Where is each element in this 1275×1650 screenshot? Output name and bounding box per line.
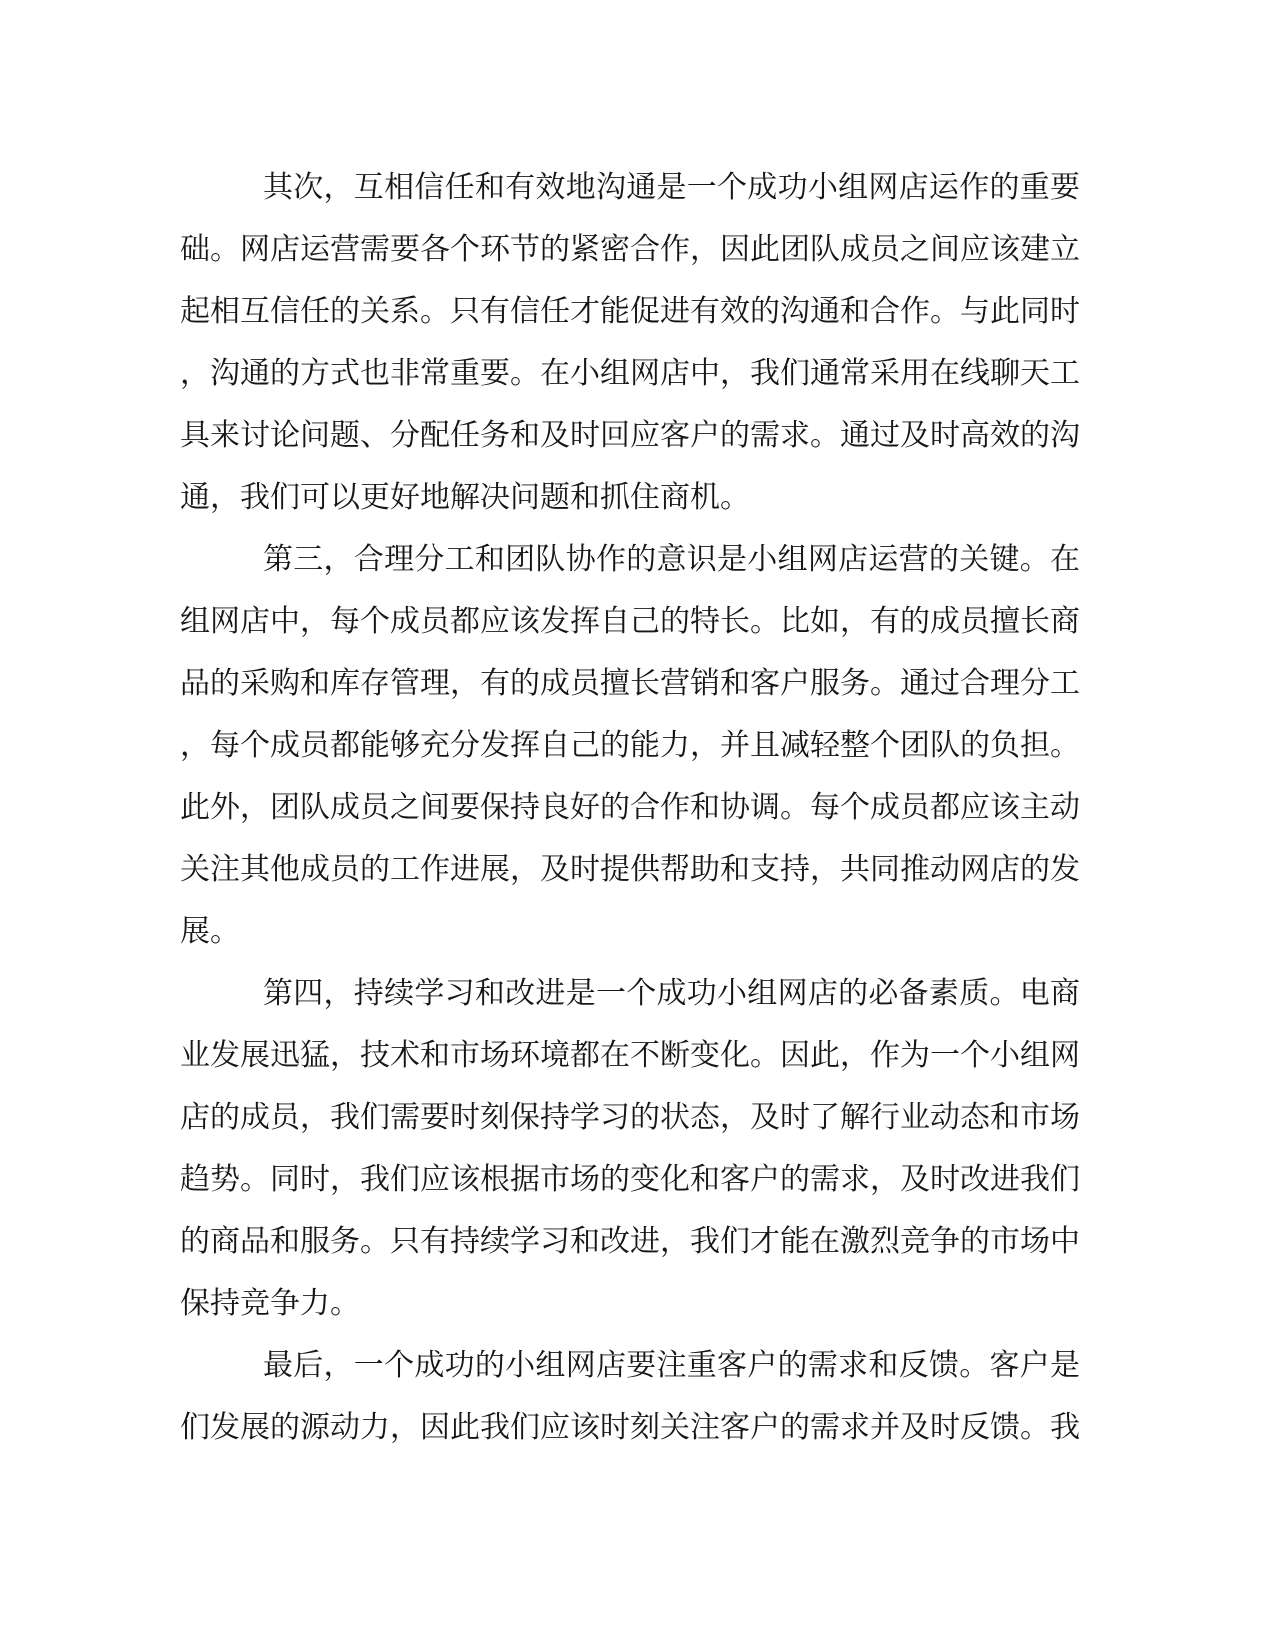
text-line: 通，我们可以更好地解决问题和抓住商机。 — [180, 467, 1080, 529]
text-line: 业发展迅猛，技术和市场环境都在不断变化。因此，作为一个小组网 — [180, 1025, 1080, 1087]
text-line: 关注其他成员的工作进展，及时提供帮助和支持，共同推动网店的发 — [180, 839, 1080, 901]
document-body: 其次，互相信任和有效地沟通是一个成功小组网店运作的重要基 础。网店运营需要各个环… — [180, 157, 1080, 1459]
paragraph: 第三，合理分工和团队协作的意识是小组网店运营的关键。在小 组网店中，每个成员都应… — [180, 529, 1080, 963]
text-line: 起相互信任的关系。只有信任才能促进有效的沟通和合作。与此同时 — [180, 281, 1080, 343]
text-line: 组网店中，每个成员都应该发挥自己的特长。比如，有的成员擅长商 — [180, 591, 1080, 653]
text-line: 展。 — [180, 901, 1080, 963]
text-line: 础。网店运营需要各个环节的紧密合作，因此团队成员之间应该建立 — [180, 219, 1080, 281]
text-line: ，沟通的方式也非常重要。在小组网店中，我们通常采用在线聊天工 — [180, 343, 1080, 405]
paragraph: 其次，互相信任和有效地沟通是一个成功小组网店运作的重要基 础。网店运营需要各个环… — [180, 157, 1080, 529]
text-line: 其次，互相信任和有效地沟通是一个成功小组网店运作的重要基 — [180, 157, 1080, 219]
text-line: 具来讨论问题、分配任务和及时回应客户的需求。通过及时高效的沟 — [180, 405, 1080, 467]
document-page: 其次，互相信任和有效地沟通是一个成功小组网店运作的重要基 础。网店运营需要各个环… — [0, 0, 1275, 1650]
text-line: 最后，一个成功的小组网店要注重客户的需求和反馈。客户是我 — [180, 1335, 1080, 1397]
text-line: 们发展的源动力，因此我们应该时刻关注客户的需求并及时反馈。我 — [180, 1397, 1080, 1459]
text-line: 保持竞争力。 — [180, 1273, 1080, 1335]
text-line: 趋势。同时，我们应该根据市场的变化和客户的需求，及时改进我们 — [180, 1149, 1080, 1211]
text-line: 此外，团队成员之间要保持良好的合作和协调。每个成员都应该主动 — [180, 777, 1080, 839]
paragraph: 最后，一个成功的小组网店要注重客户的需求和反馈。客户是我 们发展的源动力，因此我… — [180, 1335, 1080, 1459]
text-line: 品的采购和库存管理，有的成员擅长营销和客户服务。通过合理分工 — [180, 653, 1080, 715]
text-line: ，每个成员都能够充分发挥自己的能力，并且减轻整个团队的负担。 — [180, 715, 1080, 777]
text-line: 第三，合理分工和团队协作的意识是小组网店运营的关键。在小 — [180, 529, 1080, 591]
paragraph: 第四，持续学习和改进是一个成功小组网店的必备素质。电商行 业发展迅猛，技术和市场… — [180, 963, 1080, 1335]
text-line: 第四，持续学习和改进是一个成功小组网店的必备素质。电商行 — [180, 963, 1080, 1025]
text-line: 店的成员，我们需要时刻保持学习的状态，及时了解行业动态和市场 — [180, 1087, 1080, 1149]
text-line: 的商品和服务。只有持续学习和改进，我们才能在激烈竞争的市场中 — [180, 1211, 1080, 1273]
